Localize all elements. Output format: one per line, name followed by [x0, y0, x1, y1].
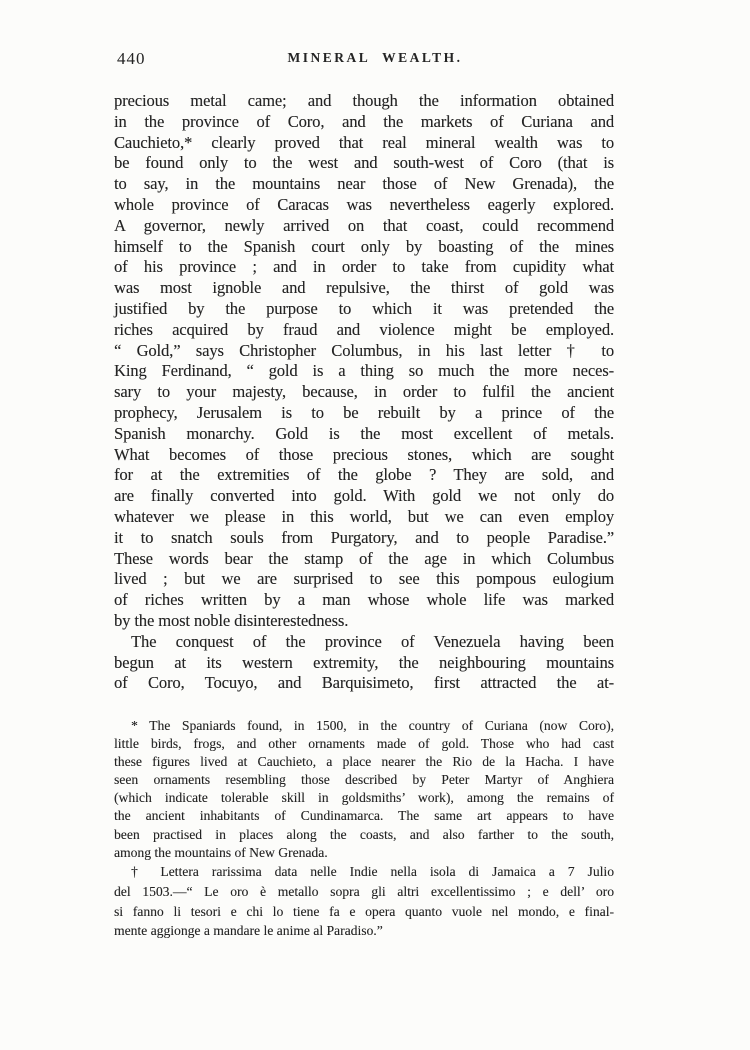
text-line: be found only to the west and south-west… [114, 153, 614, 174]
text-line: si fanno li tesori e chi lo tiene fa e o… [114, 902, 614, 922]
body-text: precious metal came; and though the info… [114, 91, 614, 694]
paragraph-continuation: precious metal came; and though the info… [114, 91, 614, 632]
text-line: to say, in the mountains near those of N… [114, 174, 614, 195]
text-line: in the province of Coro, and the markets… [114, 112, 614, 133]
text-line: sary to your majesty, because, in order … [114, 382, 614, 403]
text-line: lived ; but we are surprised to see this… [114, 569, 614, 590]
text-line: del 1503.—“ Le oro è metallo sopra gli a… [114, 882, 614, 902]
text-line: are finally converted into gold. With go… [114, 486, 614, 507]
text-line: justified by the purpose to which it was… [114, 299, 614, 320]
book-page: 440 MINERAL WEALTH. precious metal came;… [0, 0, 750, 1050]
text-line: of Coro, Tocuyo, and Barquisimeto, first… [114, 673, 614, 694]
text-line: little birds, frogs, and other ornaments… [114, 735, 614, 753]
text-line: these figures lived at Cauchieto, a plac… [114, 753, 614, 771]
footnote-dagger: † Lettera rarissima data nelle Indie nel… [114, 862, 614, 941]
text-line: King Ferdinand, “ gold is a thing so muc… [114, 361, 614, 382]
text-line: † Lettera rarissima data nelle Indie nel… [114, 862, 614, 882]
text-line: begun at its western extremity, the neig… [114, 653, 614, 674]
text-line: (which indicate tolerable skill in golds… [114, 789, 614, 807]
text-line: it to snatch souls from Purgatory, and t… [114, 528, 614, 549]
text-line: These words bear the stamp of the age in… [114, 549, 614, 570]
text-line: prophecy, Jerusalem is to be rebuilt by … [114, 403, 614, 424]
text-line: by the most noble disinterestedness. [114, 611, 614, 632]
text-line: whole province of Caracas was neverthele… [114, 195, 614, 216]
running-title: MINERAL WEALTH. [0, 50, 750, 66]
text-line: was most ignoble and repulsive, the thir… [114, 278, 614, 299]
text-line: been practised in places along the coast… [114, 826, 614, 844]
text-line: of riches written by a man whose whole l… [114, 590, 614, 611]
footnote-asterisk: * The Spaniards found, in 1500, in the c… [114, 717, 614, 862]
text-line: whatever we please in this world, but we… [114, 507, 614, 528]
text-line: Cauchieto,* clearly proved that real min… [114, 133, 614, 154]
text-line: seen ornaments resembling those describe… [114, 771, 614, 789]
text-line: Spanish monarchy. Gold is the most excel… [114, 424, 614, 445]
text-line: precious metal came; and though the info… [114, 91, 614, 112]
text-line: among the mountains of New Grenada. [114, 844, 614, 862]
text-line: “ Gold,” says Christopher Columbus, in h… [114, 341, 614, 362]
text-line: A governor, newly arrived on that coast,… [114, 216, 614, 237]
text-line: himself to the Spanish court only by boa… [114, 237, 614, 258]
text-line: mente aggionge a mandare le anime al Par… [114, 921, 614, 941]
text-line: * The Spaniards found, in 1500, in the c… [114, 717, 614, 735]
text-line: the ancient inhabitants of Cundinamarca.… [114, 807, 614, 825]
text-line: What becomes of those precious stones, w… [114, 445, 614, 466]
paragraph-conquest: The conquest of the province of Venezuel… [114, 632, 614, 694]
text-line: of his province ; and in order to take f… [114, 257, 614, 278]
text-line: riches acquired by fraud and violence mi… [114, 320, 614, 341]
text-line: for at the extremities of the globe ? Th… [114, 465, 614, 486]
text-line: The conquest of the province of Venezuel… [114, 632, 614, 653]
